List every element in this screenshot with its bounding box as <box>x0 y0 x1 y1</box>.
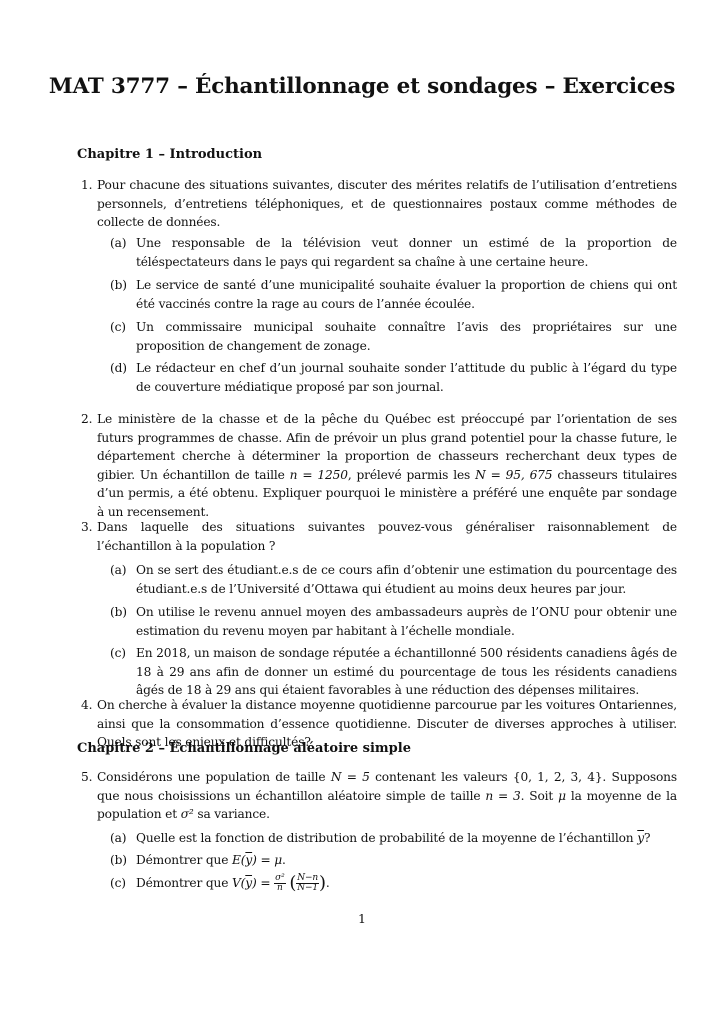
exercise-part: (c) En 2018, un maison de sondage réputé… <box>136 644 677 700</box>
part-text: Le rédacteur en chef d’un journal souhai… <box>136 359 677 396</box>
chapter-heading: Chapitre 2 – Échantillonnage aléatoire s… <box>77 741 411 756</box>
text-segment: ? <box>644 831 650 845</box>
part-text: Une responsable de la télévision veut do… <box>136 234 677 271</box>
exercise-part: (b) Le service de santé d’une municipali… <box>136 276 677 313</box>
fraction-sigma2-over-n: σ²n <box>274 874 285 893</box>
text-segment: . <box>326 876 330 890</box>
math-n: n = 1250 <box>290 468 348 482</box>
part-text: Quelle est la fonction de distribution d… <box>136 829 677 848</box>
exercise-text: Le ministère de la chasse et de la pêche… <box>97 410 677 521</box>
part-label: (c) <box>110 874 126 893</box>
text-segment: Considérons une population de taille <box>97 770 331 784</box>
math-segment: V( <box>232 876 245 890</box>
math-n: n = 3 <box>485 789 520 803</box>
exercise-part: (a) On se sert des étudiant.e.s de ce co… <box>136 561 677 598</box>
exercise-part: (d) Le rédacteur en chef d’un journal so… <box>136 359 677 396</box>
page-number: 1 <box>0 911 724 926</box>
part-text: On se sert des étudiant.e.s de ce cours … <box>136 561 677 598</box>
math-segment: ) = <box>252 876 274 890</box>
chapter-heading: Chapitre 1 – Introduction <box>77 147 262 162</box>
part-text: Le service de santé d’une municipalité s… <box>136 276 677 313</box>
exercise-3: 3. Dans laquelle des situations suivante… <box>97 518 677 555</box>
left-paren: ( <box>289 872 296 893</box>
part-label: (a) <box>110 829 126 848</box>
text-segment: Quelle est la fonction de distribution d… <box>136 831 637 845</box>
exercise-number: 4. <box>81 696 92 715</box>
exercise-part: (b) On utilise le revenu annuel moyen de… <box>136 603 677 640</box>
math-ybar: y <box>637 831 644 845</box>
part-text: Démontrer que E(y) = μ. <box>136 851 677 870</box>
exercise-text: Pour chacune des situations suivantes, d… <box>97 176 677 232</box>
exercise-text: Considérons une population de taille N =… <box>97 768 677 824</box>
exercise-part: (a) Quelle est la fonction de distributi… <box>136 829 677 848</box>
math-N: N = 95, 675 <box>475 468 552 482</box>
exercise-number: 2. <box>81 410 92 429</box>
exercise-number: 1. <box>81 176 92 195</box>
right-paren: ) <box>319 872 326 893</box>
part-label: (a) <box>110 234 126 253</box>
fraction-denominator: n <box>274 884 285 893</box>
part-label: (b) <box>110 851 127 870</box>
text-segment: Démontrer que <box>136 853 232 867</box>
exercise-number: 5. <box>81 768 92 787</box>
exercise-number: 3. <box>81 518 92 537</box>
exercise-part: (c) Un commissaire municipal souhaite co… <box>136 318 677 355</box>
exercise-part: (c) Démontrer que V(y) = σ²n (N−nN−1). <box>136 874 677 893</box>
part-text: En 2018, un maison de sondage réputée a … <box>136 644 677 700</box>
text-segment: , prélevé parmis les <box>348 468 475 482</box>
part-text: Démontrer que V(y) = σ²n (N−nN−1). <box>136 874 677 893</box>
text-segment: Démontrer que <box>136 876 232 890</box>
exercise-part: (b) Démontrer que E(y) = μ. <box>136 851 677 870</box>
math-mu: μ <box>558 789 566 803</box>
part-text: Un commissaire municipal souhaite connaî… <box>136 318 677 355</box>
part-label: (b) <box>110 603 127 622</box>
part-label: (c) <box>110 318 126 337</box>
exercise-2: 2. Le ministère de la chasse et de la pê… <box>97 410 677 521</box>
math-sigma2: σ² <box>181 807 194 821</box>
text-segment: sa variance. <box>194 807 270 821</box>
math-set: {0, 1, 2, 3, 4} <box>513 770 603 784</box>
part-label: (c) <box>110 644 126 663</box>
part-label: (a) <box>110 561 126 580</box>
math-N: N = 5 <box>331 770 370 784</box>
exercise-text: Dans laquelle des situations suivantes p… <box>97 518 677 555</box>
part-label: (d) <box>110 359 127 378</box>
math-segment: E( <box>232 853 245 867</box>
document-title: MAT 3777 – Échantillonnage et sondages –… <box>0 74 724 99</box>
exercise-1: 1. Pour chacune des situations suivantes… <box>97 176 677 232</box>
math-segment: ) = μ <box>252 853 282 867</box>
part-label: (b) <box>110 276 127 295</box>
fraction-denominator: N−1 <box>296 884 319 893</box>
text-segment: . <box>282 853 286 867</box>
exercise-part: (a) Une responsable de la télévision veu… <box>136 234 677 271</box>
exercise-5: 5. Considérons une population de taille … <box>97 768 677 824</box>
text-segment: contenant les valeurs <box>370 770 513 784</box>
part-text: On utilise le revenu annuel moyen des am… <box>136 603 677 640</box>
text-segment: . Soit <box>521 789 559 803</box>
document-page: MAT 3777 – Échantillonnage et sondages –… <box>0 0 724 1024</box>
fraction-correction-factor: N−nN−1 <box>296 874 319 893</box>
